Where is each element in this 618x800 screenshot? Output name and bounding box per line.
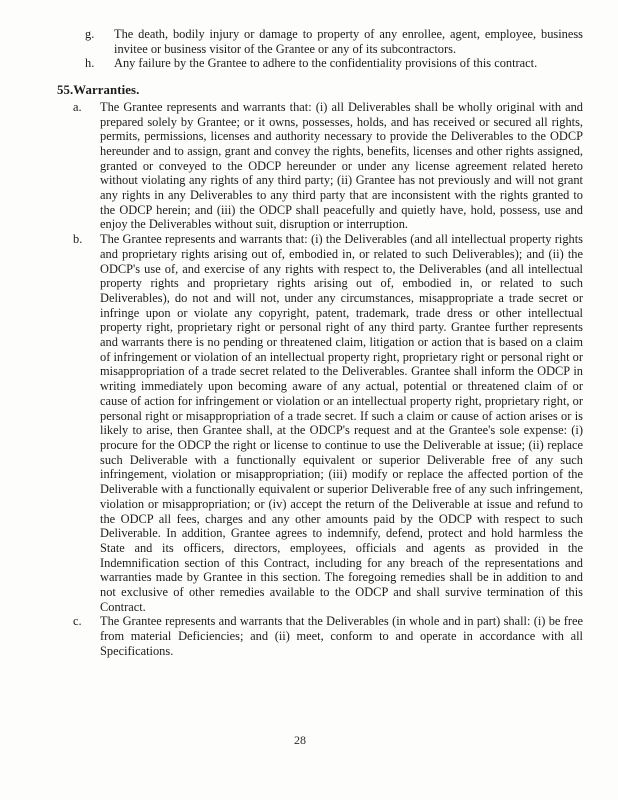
list-item-g: g. The death, bodily injury or damage to… [85,27,583,56]
page-number: 28 [0,733,609,748]
item-marker: b. [73,232,100,247]
item-text: The Grantee represents and warrants that… [100,614,583,658]
section-heading: 55.Warranties. [57,83,583,98]
item-text: The Grantee represents and warrants that… [100,100,583,232]
section-item-b: b. The Grantee represents and warrants t… [73,232,583,614]
item-marker: c. [73,614,100,629]
document-page: g. The death, bodily injury or damage to… [0,0,618,800]
section-item-c: c. The Grantee represents and warrants t… [73,614,583,658]
list-item-h: h. Any failure by the Grantee to adhere … [85,56,583,71]
item-text: The death, bodily injury or damage to pr… [114,27,583,56]
item-text: Any failure by the Grantee to adhere to … [114,56,583,71]
item-marker: h. [85,56,114,71]
item-text: The Grantee represents and warrants that… [100,232,583,614]
section-title: Warranties. [73,83,139,97]
item-marker: a. [73,100,100,115]
section-item-a: a. The Grantee represents and warrants t… [73,100,583,232]
item-marker: g. [85,27,114,42]
section-number: 55. [57,83,73,97]
